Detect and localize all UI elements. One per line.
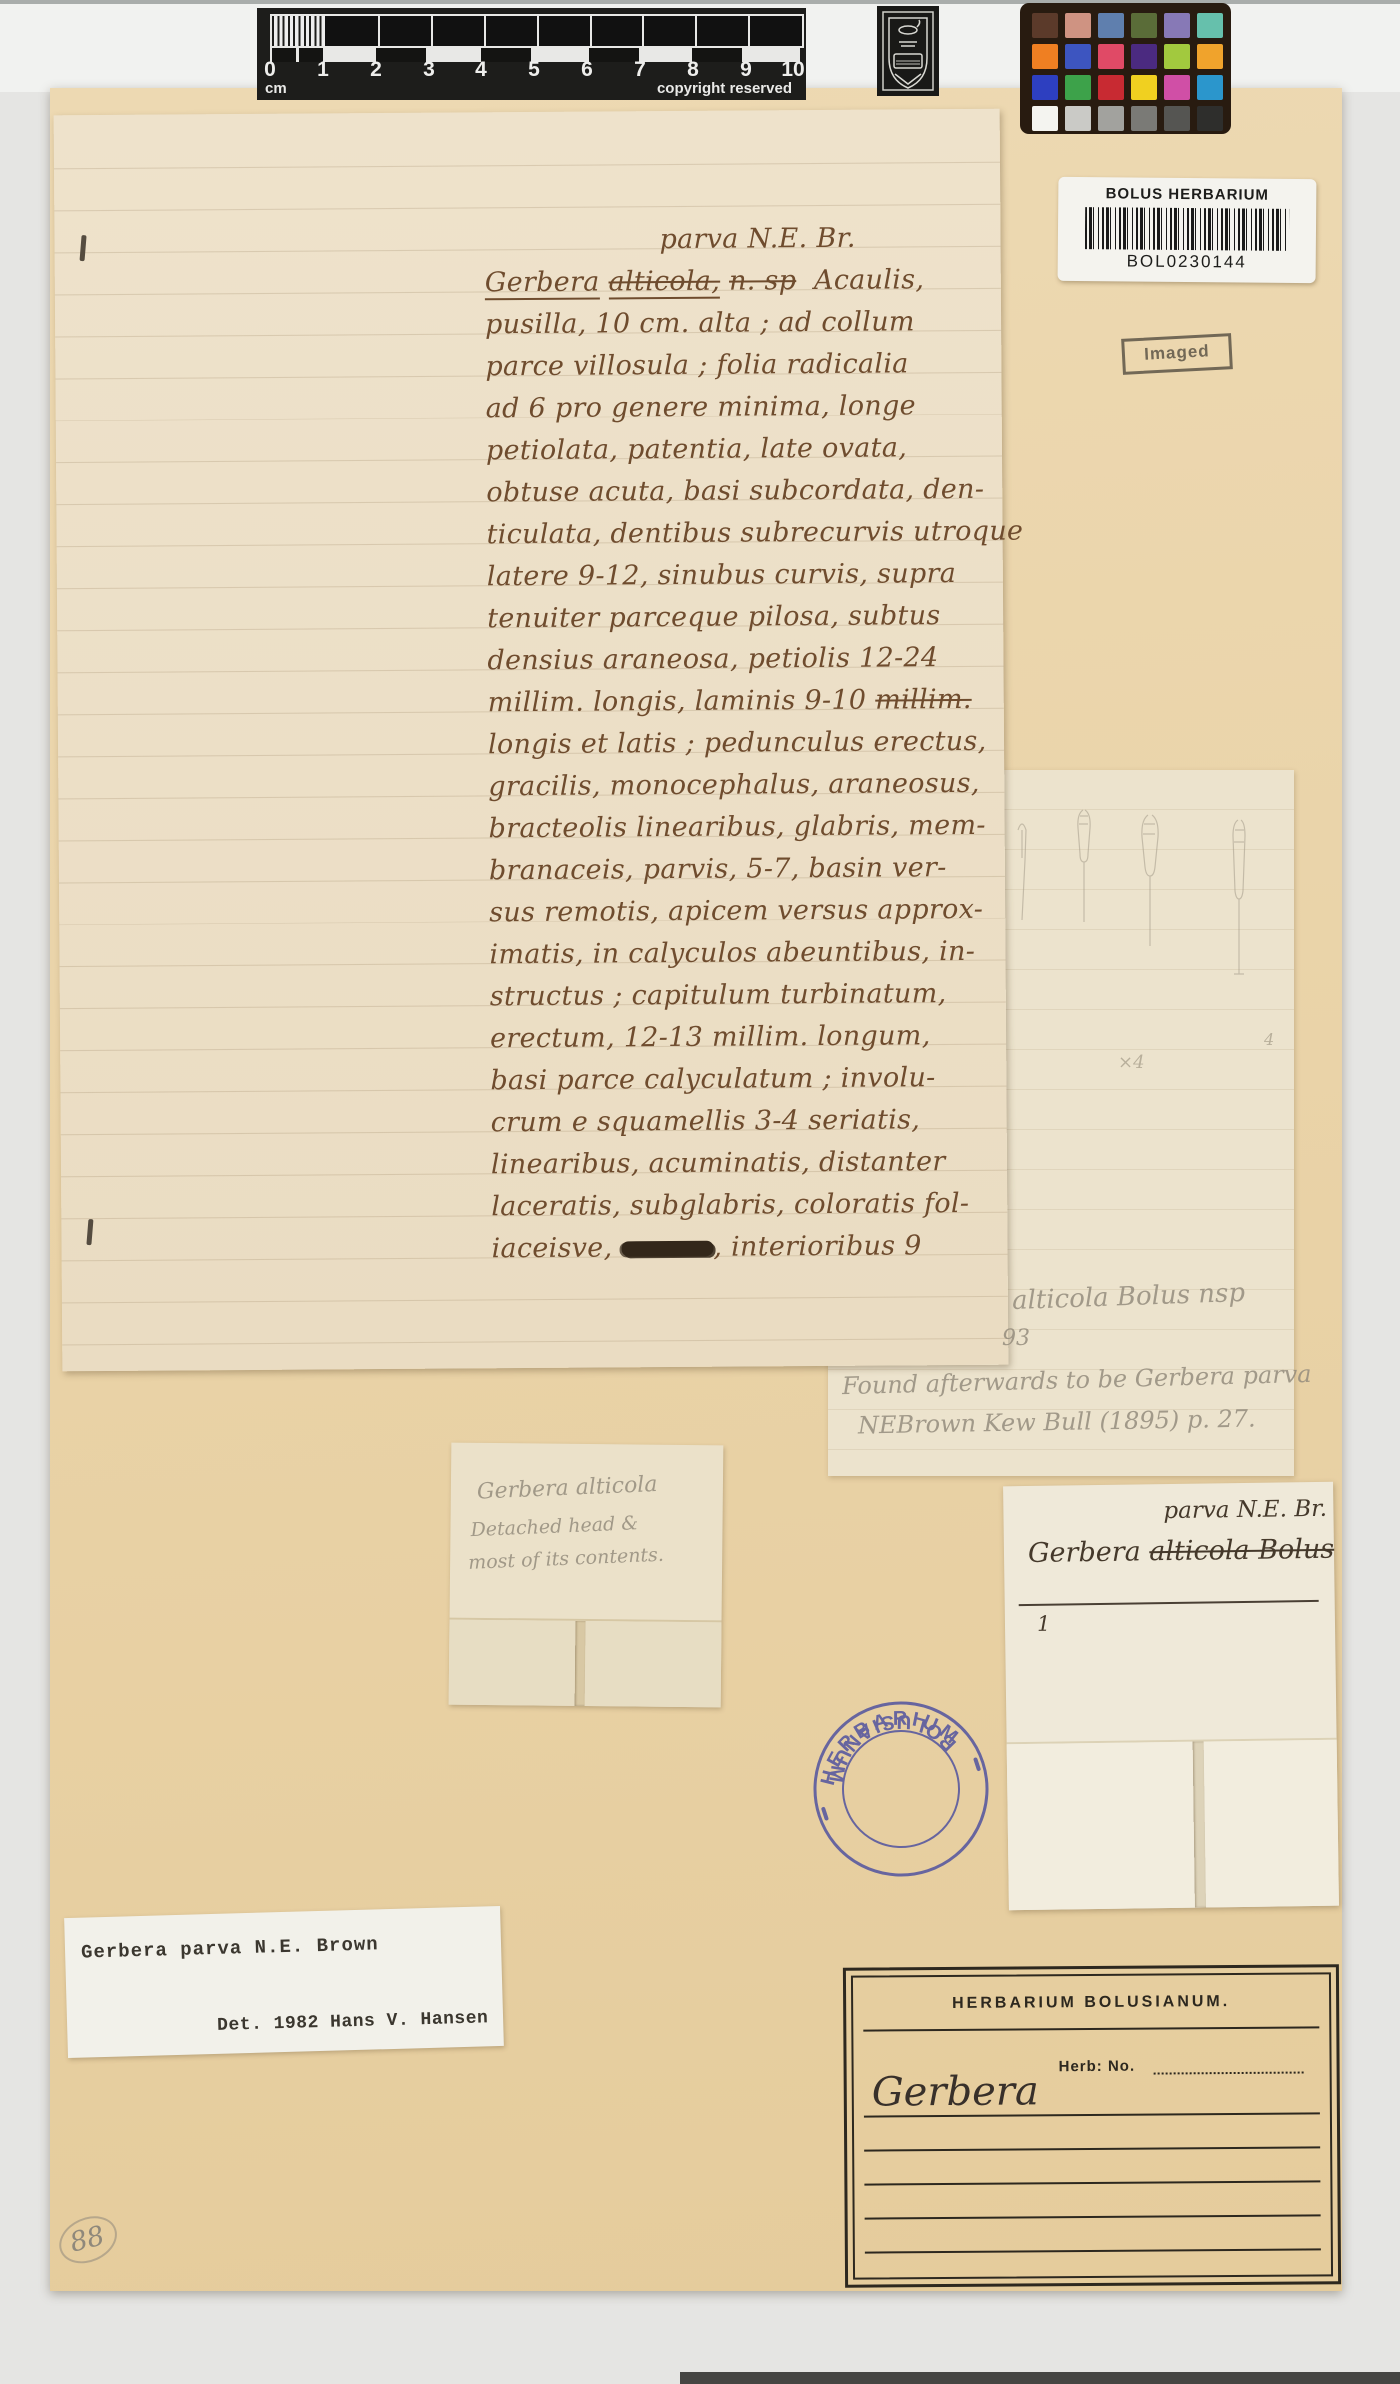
ruler-unit-label: cm (265, 80, 287, 97)
manuscript-line: branaceis, parvis, 5-7, basin ver- (489, 847, 974, 892)
accession-label-inner-border: HERBARIUM BOLUSIANUM. Herb: No. Gerbera (851, 1972, 1333, 2279)
ruled-line (864, 2146, 1320, 2151)
color-patch (1164, 44, 1190, 69)
scanner-bottom-edge (680, 2372, 1400, 2384)
manuscript-title-line: Gerbera alticola, n. sp Acaulis, (485, 259, 970, 304)
manuscript-line: basi parce calyculatum ; involu- (490, 1057, 975, 1102)
det-label-determiner: Det. 1982 Hans V. Hansen (217, 2008, 489, 2036)
sheet-number: 88 (67, 2220, 108, 2258)
det-label-name: Gerbera parva N.E. Brown (81, 1933, 379, 1963)
ruler-tick-label: 1 (303, 58, 343, 82)
ruler-tick-label: 9 (726, 58, 766, 82)
color-patch (1032, 13, 1058, 38)
ruler-tick-label: 0 (250, 58, 290, 82)
university-crest-icon (877, 6, 939, 96)
manuscript-line: imatis, in calyculos abeuntibus, in- (489, 931, 974, 976)
manuscript-line: linearibus, acuminatis, distanter (491, 1141, 976, 1186)
scale-bar-checker-row (270, 14, 804, 48)
manuscript-line: crum e squamellis 3-4 seriatis, (491, 1099, 976, 1144)
ruler-tick-label: 5 (514, 58, 554, 82)
accession-label-header: HERBARIUM BOLUSIANUM. (853, 1992, 1329, 2013)
herb-no-dotted-line (1154, 2072, 1304, 2075)
barcode-label: BOLUS HERBARIUM BOL0230144 (1058, 177, 1317, 283)
ruler-tick-label: 8 (673, 58, 713, 82)
ruled-line (863, 2026, 1319, 2031)
manuscript-line: sus remotis, apicem versus approx- (489, 889, 974, 934)
color-patch (1032, 75, 1058, 100)
ruled-line (865, 2248, 1321, 2253)
color-patch (1197, 75, 1223, 100)
ruler-tick-label: 6 (567, 58, 607, 82)
color-patch (1131, 106, 1157, 131)
packet-note-line: Detached head & (470, 1512, 638, 1541)
sketch-annotation: 4 (1263, 1030, 1274, 1049)
manuscript-page: parva N.E. Br. Gerbera alticola, n. sp A… (54, 109, 1009, 1372)
pencil-note-number: 93 (1002, 1326, 1030, 1351)
staple (80, 235, 87, 261)
manuscript-line: obtuse acuta, basi subcordata, den- (486, 469, 971, 514)
packet-number: 1 (1037, 1612, 1051, 1636)
accession-genus-handwritten: Gerbera (872, 2068, 1039, 2115)
manuscript-line: ad 6 pro genere minima, longe (486, 385, 971, 430)
manuscript-line: densius araneosa, petiolis 12-24 (487, 637, 972, 682)
scribbled-out-word (621, 1241, 713, 1257)
packet-ink-rule (1019, 1600, 1319, 1606)
ruled-line (865, 2214, 1321, 2219)
specimen-packet-left: Gerbera alticola Detached head & most of… (449, 1443, 724, 1708)
sketch-annotation: ×4 (1118, 1052, 1145, 1073)
botanical-pencil-sketches: ×4 4 (998, 790, 1318, 1220)
color-patch (1164, 106, 1190, 131)
barcode-label-title: BOLUS HERBARIUM (1058, 185, 1316, 204)
manuscript-line: gracilis, monocephalus, araneosus, (488, 763, 973, 808)
color-patch (1131, 13, 1157, 38)
color-patch (1098, 44, 1124, 69)
ruled-line (864, 2180, 1320, 2185)
color-patch (1197, 44, 1223, 69)
manuscript-text: parva N.E. Br. Gerbera alticola, n. sp A… (484, 217, 976, 1270)
color-patch (1032, 44, 1058, 69)
color-patch (1065, 75, 1091, 100)
herbarium-sheet-scan: 0 1 2 3 4 5 6 7 8 9 10 cm copyright rese… (0, 0, 1400, 2384)
packet-corrected-name: parva N.E. Br. (1163, 1496, 1327, 1524)
staple (86, 1219, 93, 1245)
ruler-tick-label: 4 (461, 58, 501, 82)
manuscript-line: tenuiter parceque pilosa, subtus (487, 595, 972, 640)
ruler-tick-label: 10 (773, 58, 813, 82)
packet-slit (1193, 1742, 1206, 1908)
manuscript-line: bracteolis linearibus, glabris, mem- (488, 805, 973, 850)
color-patch (1197, 13, 1223, 38)
packet-note-line: Gerbera alticola (476, 1472, 657, 1505)
packet-slit (575, 1621, 586, 1706)
packet-original-name: Gerbera alticola Bolus (1028, 1534, 1335, 1569)
imaged-stamp: Imaged (1121, 333, 1233, 375)
scale-bar: 0 1 2 3 4 5 6 7 8 9 10 cm copyright rese… (257, 8, 806, 100)
ruler-tick-label: 3 (409, 58, 449, 82)
manuscript-line: iaceisve, , interioribus 9 (491, 1225, 976, 1270)
color-patch (1098, 13, 1124, 38)
manuscript-line: longis et latis ; pedunculus erectus, (488, 721, 973, 766)
manuscript-line: latere 9-12, sinubus curvis, supra (487, 553, 972, 598)
ruler-tick-label: 2 (356, 58, 396, 82)
manuscript-line: parce villosula ; folia radicalia (485, 343, 970, 388)
manuscript-line: petiolata, patentia, late ovata, (486, 427, 971, 472)
color-patch (1065, 13, 1091, 38)
color-patch (1065, 106, 1091, 131)
color-patch (1131, 44, 1157, 69)
manuscript-line: ticulata, dentibus subrecurvis utroque (486, 511, 971, 556)
barcode (1085, 207, 1289, 251)
manuscript-line: structus ; capitulum turbinatum, (490, 973, 975, 1018)
accession-label: HERBARIUM BOLUSIANUM. Herb: No. Gerbera (843, 1964, 1341, 2287)
color-patch (1098, 75, 1124, 100)
manuscript-line: pusilla, 10 cm. alta ; ad collum (485, 301, 970, 346)
color-patch (1131, 75, 1157, 100)
color-patch (1032, 106, 1058, 131)
color-patch (1164, 13, 1190, 38)
herb-no-label: Herb: No. (1059, 2058, 1136, 2076)
packet-flap (1007, 1740, 1339, 1911)
color-calibration-chart (1020, 3, 1231, 134)
manuscript-line: erectum, 12-13 millim. longum, (490, 1015, 975, 1060)
millimetre-ticks (272, 16, 325, 46)
color-patch (1197, 106, 1223, 131)
barcode-number: BOL0230144 (1058, 251, 1316, 273)
manuscript-line: laceratis, subglabris, coloratis fol- (491, 1183, 976, 1228)
copyright-text: copyright reserved (657, 80, 792, 97)
color-patch (1098, 106, 1124, 131)
determination-label: Gerbera parva N.E. Brown Det. 1982 Hans … (64, 1906, 504, 2058)
ruler-tick-label: 7 (620, 58, 660, 82)
color-patch (1164, 75, 1190, 100)
packet-note-line: most of its contents. (468, 1544, 665, 1574)
color-patch (1065, 44, 1091, 69)
manuscript-line: millim. longis, laminis 9-10 millim. (488, 679, 973, 724)
specimen-packet-right: parva N.E. Br. Gerbera alticola Bolus 1 (1003, 1482, 1339, 1911)
manuscript-header: parva N.E. Br. (484, 217, 969, 262)
